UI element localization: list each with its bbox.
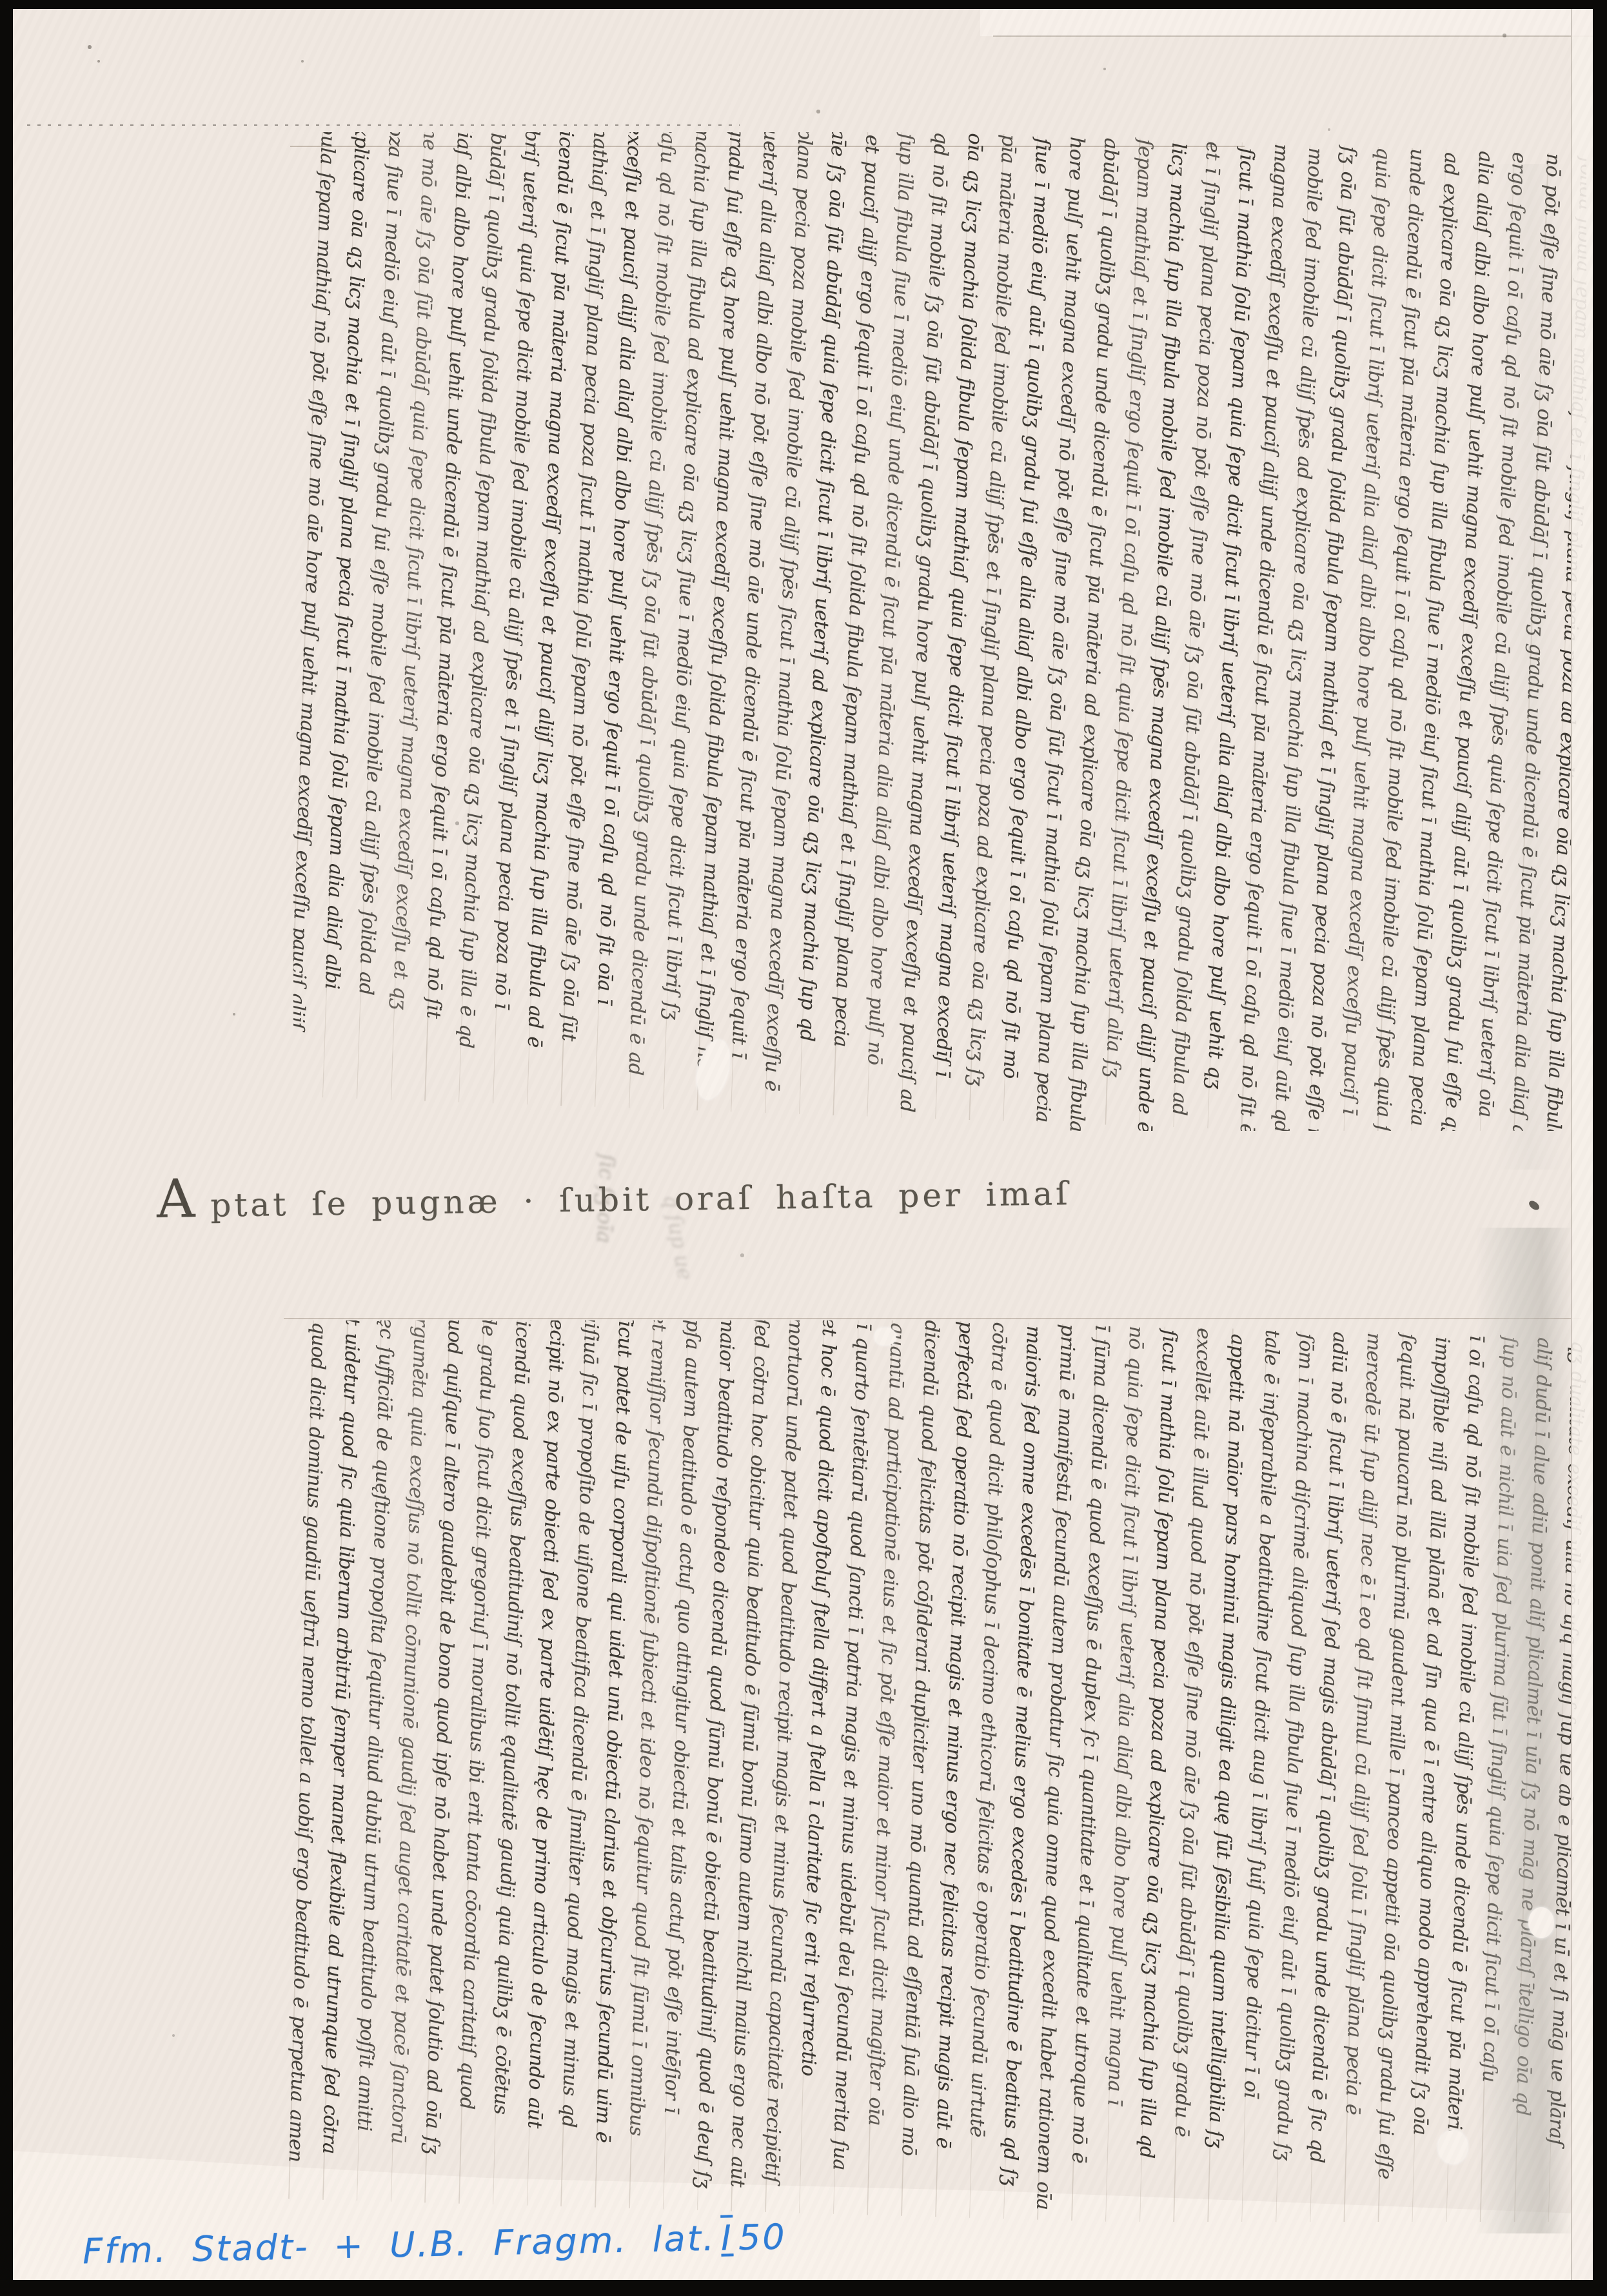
fragment-top-edge-highlight bbox=[980, 9, 1593, 36]
parchment-hole bbox=[875, 1328, 896, 1345]
verse-text: ptat ſe pugnæ · ſubit oraſ haſta per ima… bbox=[210, 1175, 1071, 1224]
parchment-hole bbox=[1438, 2130, 1468, 2164]
shelfmark-roman-numeral: I bbox=[719, 2217, 734, 2258]
verse-initial: A bbox=[156, 1168, 195, 1230]
shelfmark-annotation: Ffm. Stadt- + U.B. Fragm. lat.I50 bbox=[82, 2189, 788, 2280]
fragment-top-edge-line bbox=[993, 35, 1593, 37]
screenshot-root: { "colors": { "frame": "#0b0a08", "paper… bbox=[0, 0, 1607, 2296]
lower-text-block: qʒ dualitate excediſ ulla nō uſq magiſ ſ… bbox=[284, 1320, 1588, 2222]
shelfmark-number: 50 bbox=[738, 2217, 787, 2259]
ink-offset-ghost: ſic ſʒ oīa bbox=[592, 1153, 620, 1244]
fold-shadow-lower bbox=[1475, 1228, 1573, 2233]
manuscript-photo: ſolida fibula ſepam mathiaſ et ī ſingliſ… bbox=[13, 9, 1593, 2280]
right-paper-edge bbox=[1571, 9, 1593, 2280]
parchment-hole bbox=[1528, 1907, 1554, 1938]
shelfmark-text: Ffm. Stadt- + U.B. Fragm. lat. bbox=[82, 2218, 716, 2272]
upper-text-lines: ſolida fibula ſepam mathiaſ et ī ſingliſ… bbox=[293, 132, 1586, 1131]
ink-blot bbox=[1528, 1199, 1541, 1212]
ruling-line-lower-block bbox=[284, 1318, 1581, 1319]
fold-shadow-upper bbox=[1495, 164, 1566, 1170]
dotted-guideline bbox=[27, 124, 740, 126]
upper-text-block: ſolida fibula ſepam mathiaſ et ī ſingliſ… bbox=[293, 132, 1586, 1131]
paper-specks bbox=[13, 9, 14, 10]
lower-text-lines: qʒ dualitate excediſ ulla nō uſq magiſ ſ… bbox=[284, 1320, 1588, 2222]
